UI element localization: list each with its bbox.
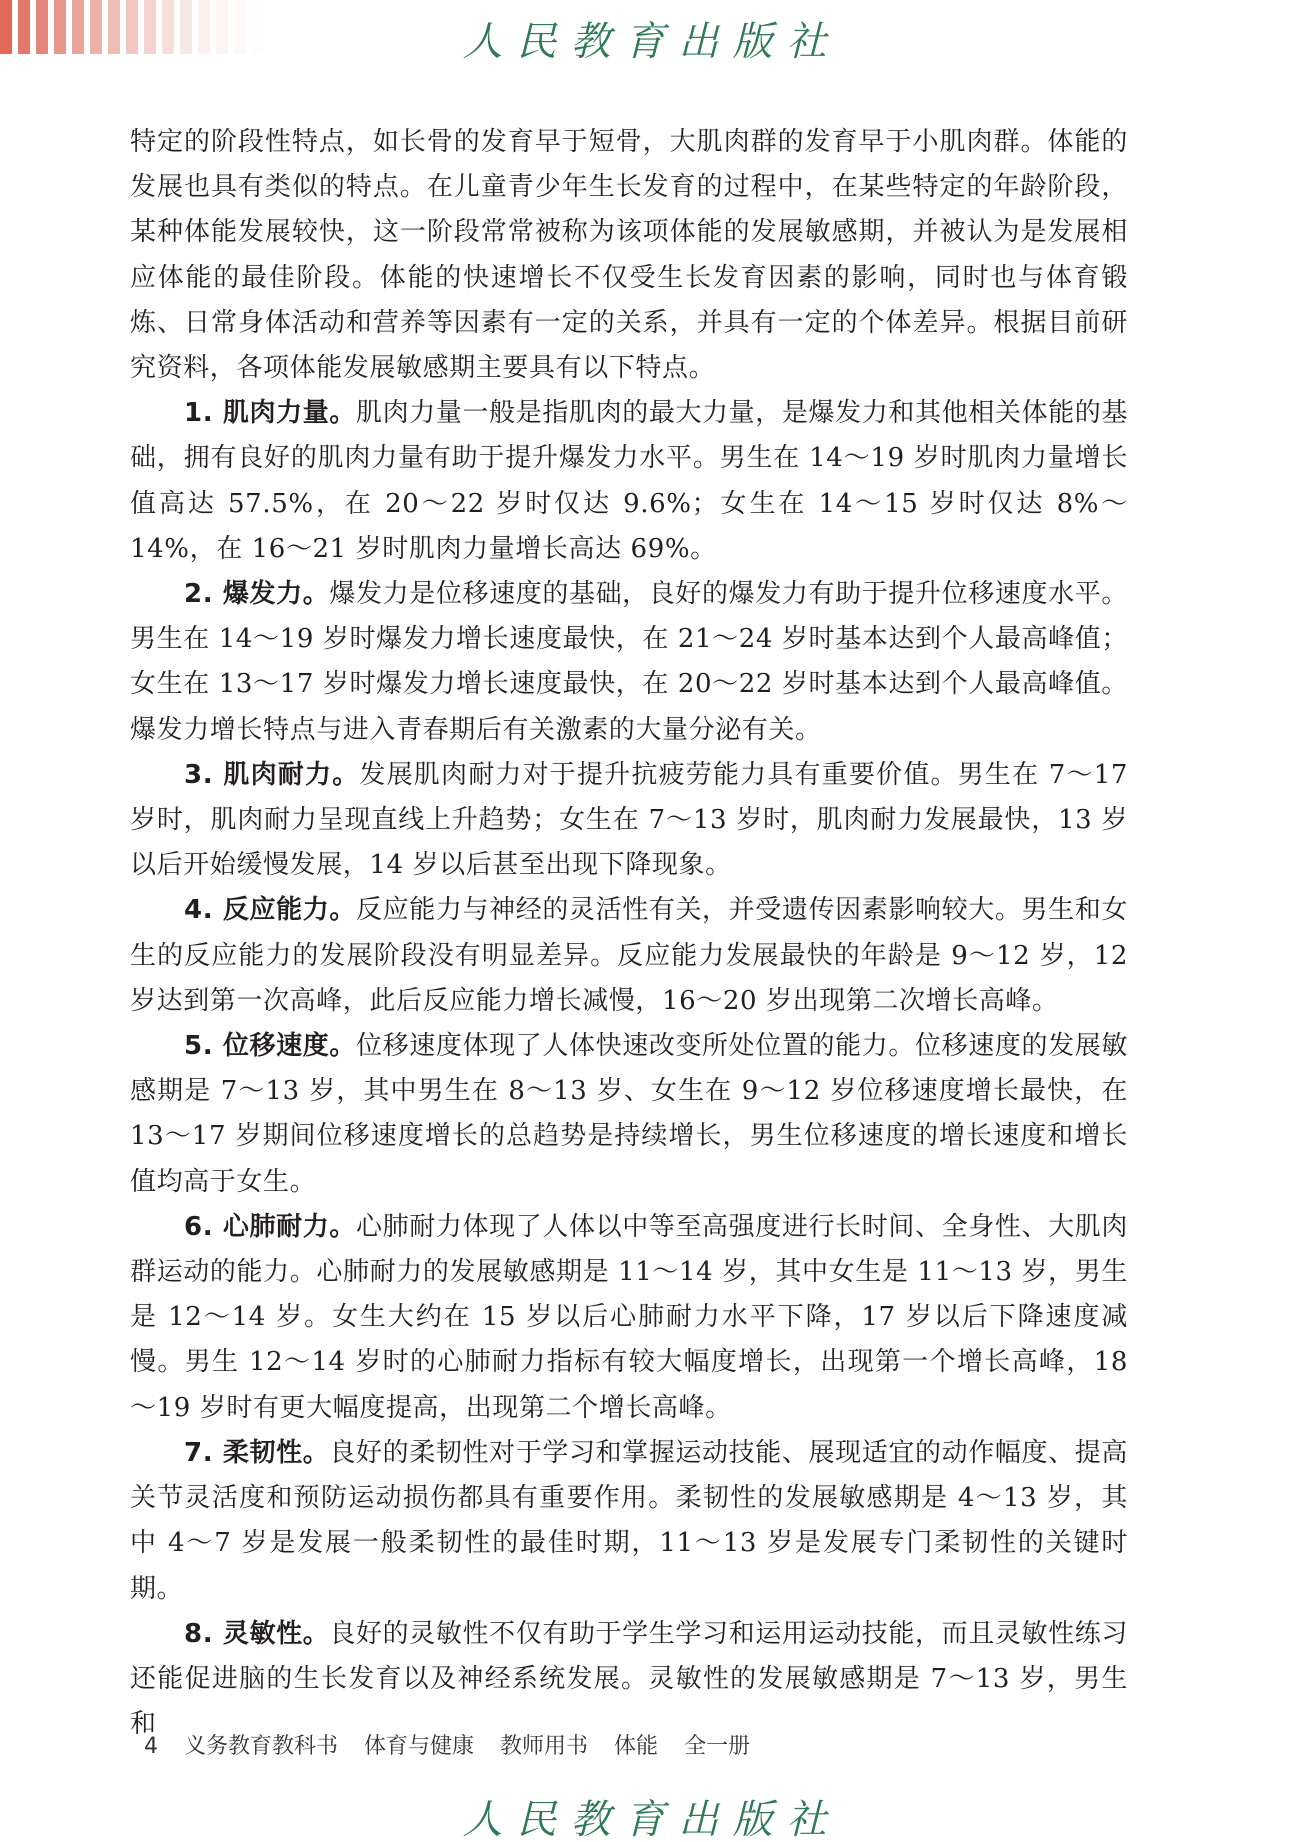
page-content: 特定的阶段性特点，如长骨的发育早于短骨，大肌肉群的发育早于小肌肉群。体能的发展也…: [130, 120, 1128, 1747]
intro-paragraph: 特定的阶段性特点，如长骨的发育早于短骨，大肌肉群的发育早于小肌肉群。体能的发展也…: [130, 120, 1128, 391]
section-heading: 6. 心肺耐力。: [184, 1212, 356, 1242]
section-muscle-endurance: 3. 肌肉耐力。发展肌肉耐力对于提升抗疲劳能力具有重要价值。男生在 7～17 岁…: [130, 753, 1128, 889]
section-explosive-power: 2. 爆发力。爆发力是位移速度的基础，良好的爆发力有助于提升位移速度水平。男生在…: [130, 572, 1128, 753]
section-heading: 5. 位移速度。: [184, 1031, 356, 1061]
publisher-logo-top: 人民教育出版社: [0, 10, 1303, 67]
page-footer: 4义务教育教科书体育与健康教师用书体能全一册: [130, 1704, 776, 1760]
section-muscle-strength: 1. 肌肉力量。肌肉力量一般是指肌肉的最大力量，是爆发力和其他相关体能的基础，拥…: [130, 391, 1128, 572]
section-heading: 3. 肌肉耐力。: [184, 760, 359, 790]
page-number: 4: [144, 1734, 158, 1759]
footer-subject: 体育与健康: [364, 1734, 474, 1759]
section-heading: 7. 柔韧性。: [184, 1438, 329, 1468]
section-text: 心肺耐力体现了人体以中等至高强度进行长时间、全身性、大肌肉群运动的能力。心肺耐力…: [130, 1212, 1128, 1423]
section-speed: 5. 位移速度。位移速度体现了人体快速改变所处位置的能力。位移速度的发展敏感期是…: [130, 1024, 1128, 1205]
section-heading: 4. 反应能力。: [184, 895, 356, 925]
footer-book-type: 教师用书: [500, 1734, 588, 1759]
footer-topic: 体能: [614, 1734, 658, 1759]
section-heading: 8. 灵敏性。: [184, 1619, 329, 1649]
section-heading: 1. 肌肉力量。: [184, 398, 356, 428]
section-cardio: 6. 心肺耐力。心肺耐力体现了人体以中等至高强度进行长时间、全身性、大肌肉群运动…: [130, 1205, 1128, 1431]
footer-volume: 全一册: [684, 1734, 750, 1759]
section-heading: 2. 爆发力。: [184, 579, 329, 609]
section-flexibility: 7. 柔韧性。良好的柔韧性对于学习和掌握运动技能、展现适宜的动作幅度、提高关节灵…: [130, 1431, 1128, 1612]
section-reaction: 4. 反应能力。反应能力与神经的灵活性有关，并受遗传因素影响较大。男生和女生的反…: [130, 888, 1128, 1024]
publisher-logo-bottom: 人民教育出版社: [0, 1788, 1303, 1842]
footer-book-series: 义务教育教科书: [184, 1734, 338, 1759]
